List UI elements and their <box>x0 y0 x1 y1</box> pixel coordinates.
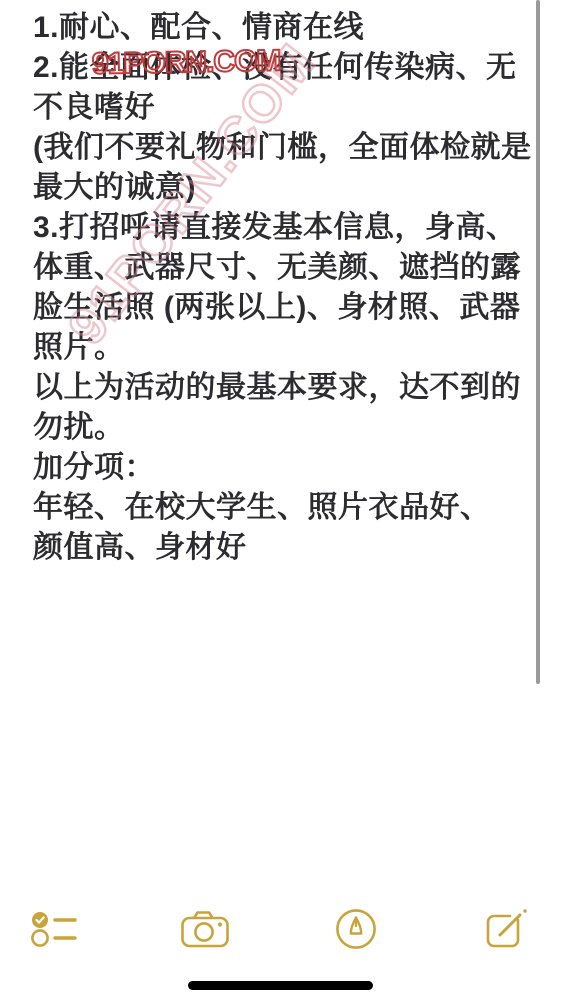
camera-button[interactable] <box>179 903 231 955</box>
note-line: 3.打招呼请直接发基本信息，身高、 <box>33 208 533 248</box>
note-line: 体重、武器尺寸、无美颜、遮挡的露 <box>33 248 533 288</box>
compose-button[interactable] <box>481 903 533 955</box>
note-content[interactable]: 1.耐心、配合、情商在线 2.能全面体检、没有任何传染病、无 不良嗜好 (我们不… <box>33 8 533 568</box>
note-line: 照片。 <box>33 328 533 368</box>
note-line: 脸生活照 (两张以上)、身材照、武器 <box>33 288 533 328</box>
note-line: 最大的诚意) <box>33 168 533 208</box>
checklist-button[interactable] <box>28 903 80 955</box>
camera-icon <box>180 909 230 949</box>
note-line: 年轻、在校大学生、照片衣品好、 <box>33 488 533 528</box>
markup-icon <box>334 907 378 951</box>
scrollbar-thumb[interactable] <box>536 0 540 684</box>
note-line: 加分项： <box>33 448 533 488</box>
compose-icon <box>484 906 530 952</box>
checklist-icon <box>30 909 78 949</box>
notes-toolbar <box>0 893 561 965</box>
note-line: (我们不要礼物和门槛，全面体检就是 <box>33 128 533 168</box>
note-line: 颜值高、身材好 <box>33 528 533 568</box>
markup-button[interactable] <box>330 903 382 955</box>
note-line: 1.耐心、配合、情商在线 <box>33 8 533 48</box>
note-line: 勿扰。 <box>33 408 533 448</box>
note-line: 以上为活动的最基本要求，达不到的 <box>33 368 533 408</box>
home-indicator[interactable] <box>188 981 373 990</box>
note-line: 2.能全面体检、没有任何传染病、无 <box>33 48 533 88</box>
note-line: 不良嗜好 <box>33 88 533 128</box>
